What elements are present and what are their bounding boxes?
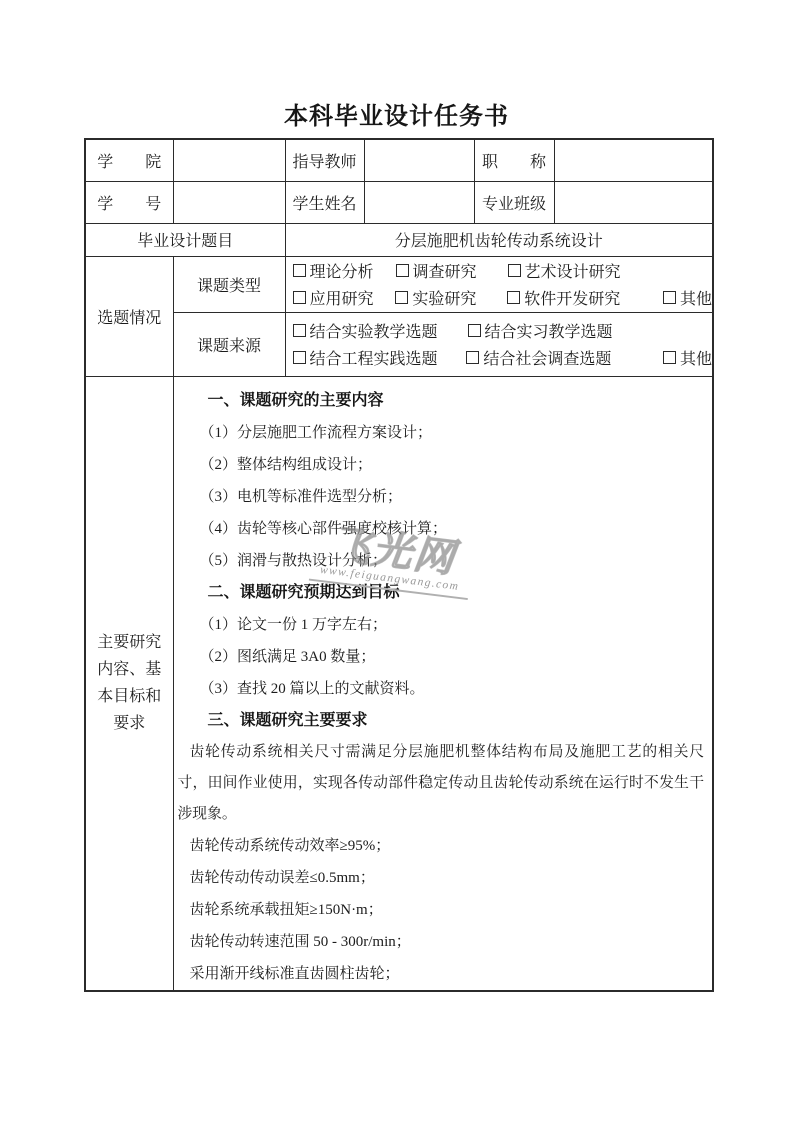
option-label: 实验研究 [412, 286, 476, 309]
topic-source-options: 结合实验教学选题 结合实习教学选题 结合工程实践选题 结合社会调查选题 [285, 312, 713, 376]
option-theoretical-analysis: 理论分析 [293, 259, 396, 282]
option-survey-research: 调查研究 [396, 259, 508, 282]
checkbox-icon [468, 324, 481, 337]
topic-source-label: 课题来源 [173, 312, 285, 376]
section3-spec-5: 采用渐开线标准直齿圆柱齿轮； [178, 958, 707, 990]
section2-item-3: （3）查找 20 篇以上的文献资料。 [200, 673, 707, 705]
option-label: 其他 [680, 346, 712, 369]
row-student-info: 学 号 学生姓名 专业班级 [85, 181, 713, 223]
project-title-label: 毕业设计题目 [85, 223, 285, 256]
option-label: 理论分析 [310, 259, 374, 282]
section1-item-1: （1）分层施肥工作流程方案设计； [200, 417, 707, 449]
main-content-label: 主要研究内容、基本目标和要求 [85, 376, 173, 991]
section3-spec-3: 齿轮系统承载扭矩≥150N·m； [178, 894, 707, 926]
checkbox-icon [293, 324, 306, 337]
topic-type-line1: 理论分析 调查研究 艺术设计研究 [293, 257, 713, 284]
option-source-other: 其他 [663, 346, 712, 369]
section1-item-4: （4）齿轮等核心部件强度校核计算； [200, 513, 707, 545]
option-engineering-practice: 结合工程实践选题 [293, 346, 467, 369]
task-form-table: 学 院 指导教师 职 称 学 号 学生姓名 专业班级 毕业设计题目 分层施肥机齿… [84, 138, 714, 992]
class-value-field [554, 181, 713, 223]
checkbox-icon [663, 351, 676, 364]
checkbox-icon [395, 291, 408, 304]
row-topic-type: 选题情况 课题类型 理论分析 调查研究 艺术设计研究 [85, 256, 713, 312]
checkbox-icon [293, 351, 306, 364]
topic-source-line1: 结合实验教学选题 结合实习教学选题 [293, 317, 713, 344]
option-label: 艺术设计研究 [525, 259, 621, 282]
section2-heading: 二、课题研究预期达到目标 [208, 577, 707, 609]
section1-item-2: （2）整体结构组成设计； [200, 449, 707, 481]
section2-item-2: （2）图纸满足 3A0 数量； [200, 641, 707, 673]
rank-label: 职 称 [474, 139, 554, 181]
class-label: 专业班级 [474, 181, 554, 223]
student-name-value-field [364, 181, 474, 223]
main-content-body: 一、课题研究的主要内容 （1）分层施肥工作流程方案设计； （2）整体结构组成设计… [173, 376, 713, 991]
advisor-value-field [364, 139, 474, 181]
option-experiment-teaching: 结合实验教学选题 [293, 319, 468, 342]
option-label: 调查研究 [413, 259, 477, 282]
selection-label: 选题情况 [85, 256, 173, 376]
section1-heading: 一、课题研究的主要内容 [208, 385, 707, 417]
option-software-dev-research: 软件开发研究 [507, 286, 663, 309]
option-label: 应用研究 [310, 286, 374, 309]
option-social-survey: 结合社会调查选题 [466, 346, 663, 369]
advisor-label: 指导教师 [285, 139, 364, 181]
topic-type-line2: 应用研究 实验研究 软件开发研究 其他 [293, 284, 713, 311]
option-art-design-research: 艺术设计研究 [508, 259, 621, 282]
document-page: 本科毕业设计任务书 学 院 指导教师 职 称 学 号 学生姓名 专业班级 毕业设… [0, 0, 793, 1122]
checkbox-icon [293, 264, 306, 277]
section1-item-5: （5）润滑与散热设计分析； [200, 545, 707, 577]
section3-heading: 三、课题研究主要要求 [208, 705, 707, 737]
checkbox-icon [466, 351, 479, 364]
rank-value-field [554, 139, 713, 181]
topic-type-options: 理论分析 调查研究 艺术设计研究 应用研究 [285, 256, 713, 312]
row-main-content: 主要研究内容、基本目标和要求 一、课题研究的主要内容 （1）分层施肥工作流程方案… [85, 376, 713, 991]
option-label: 软件开发研究 [524, 286, 620, 309]
option-label: 结合实习教学选题 [485, 319, 613, 342]
student-id-value-field [173, 181, 285, 223]
option-experimental-research: 实验研究 [395, 286, 507, 309]
topic-type-label: 课题类型 [173, 256, 285, 312]
section2-item-1: （1）论文一份 1 万字左右； [200, 609, 707, 641]
section1-item-3: （3）电机等标准件选型分析； [200, 481, 707, 513]
project-title-value: 分层施肥机齿轮传动系统设计 [285, 223, 713, 256]
checkbox-icon [396, 264, 409, 277]
student-id-label: 学 号 [85, 181, 173, 223]
option-applied-research: 应用研究 [293, 286, 396, 309]
row-project-title: 毕业设计题目 分层施肥机齿轮传动系统设计 [85, 223, 713, 256]
option-label: 结合社会调查选题 [483, 346, 611, 369]
college-value-field [173, 139, 285, 181]
document-title: 本科毕业设计任务书 [0, 96, 793, 131]
topic-source-line2: 结合工程实践选题 结合社会调查选题 其他 [293, 344, 713, 371]
section3-spec-4: 齿轮传动转速范围 50 - 300r/min； [178, 926, 707, 958]
option-label: 结合实验教学选题 [310, 319, 438, 342]
option-label: 结合工程实践选题 [310, 346, 438, 369]
option-internship-teaching: 结合实习教学选题 [468, 319, 613, 342]
checkbox-icon [293, 291, 306, 304]
section3-spec-1: 齿轮传动系统传动效率≥95%； [178, 830, 707, 862]
checkbox-icon [508, 264, 521, 277]
row-college-advisor: 学 院 指导教师 职 称 [85, 139, 713, 181]
checkbox-icon [507, 291, 520, 304]
checkbox-icon [663, 291, 676, 304]
option-type-other: 其他 [663, 286, 712, 309]
student-name-label: 学生姓名 [285, 181, 364, 223]
section3-spec-2: 齿轮传动传动误差≤0.5mm； [178, 862, 707, 894]
option-label: 其他 [680, 286, 712, 309]
college-label: 学 院 [85, 139, 173, 181]
row-topic-source: 课题来源 结合实验教学选题 结合实习教学选题 结合工程实践选题 [85, 312, 713, 376]
section3-paragraph: 齿轮传动系统相关尺寸需满足分层施肥机整体结构布局及施肥工艺的相关尺寸，田间作业使… [178, 737, 707, 830]
